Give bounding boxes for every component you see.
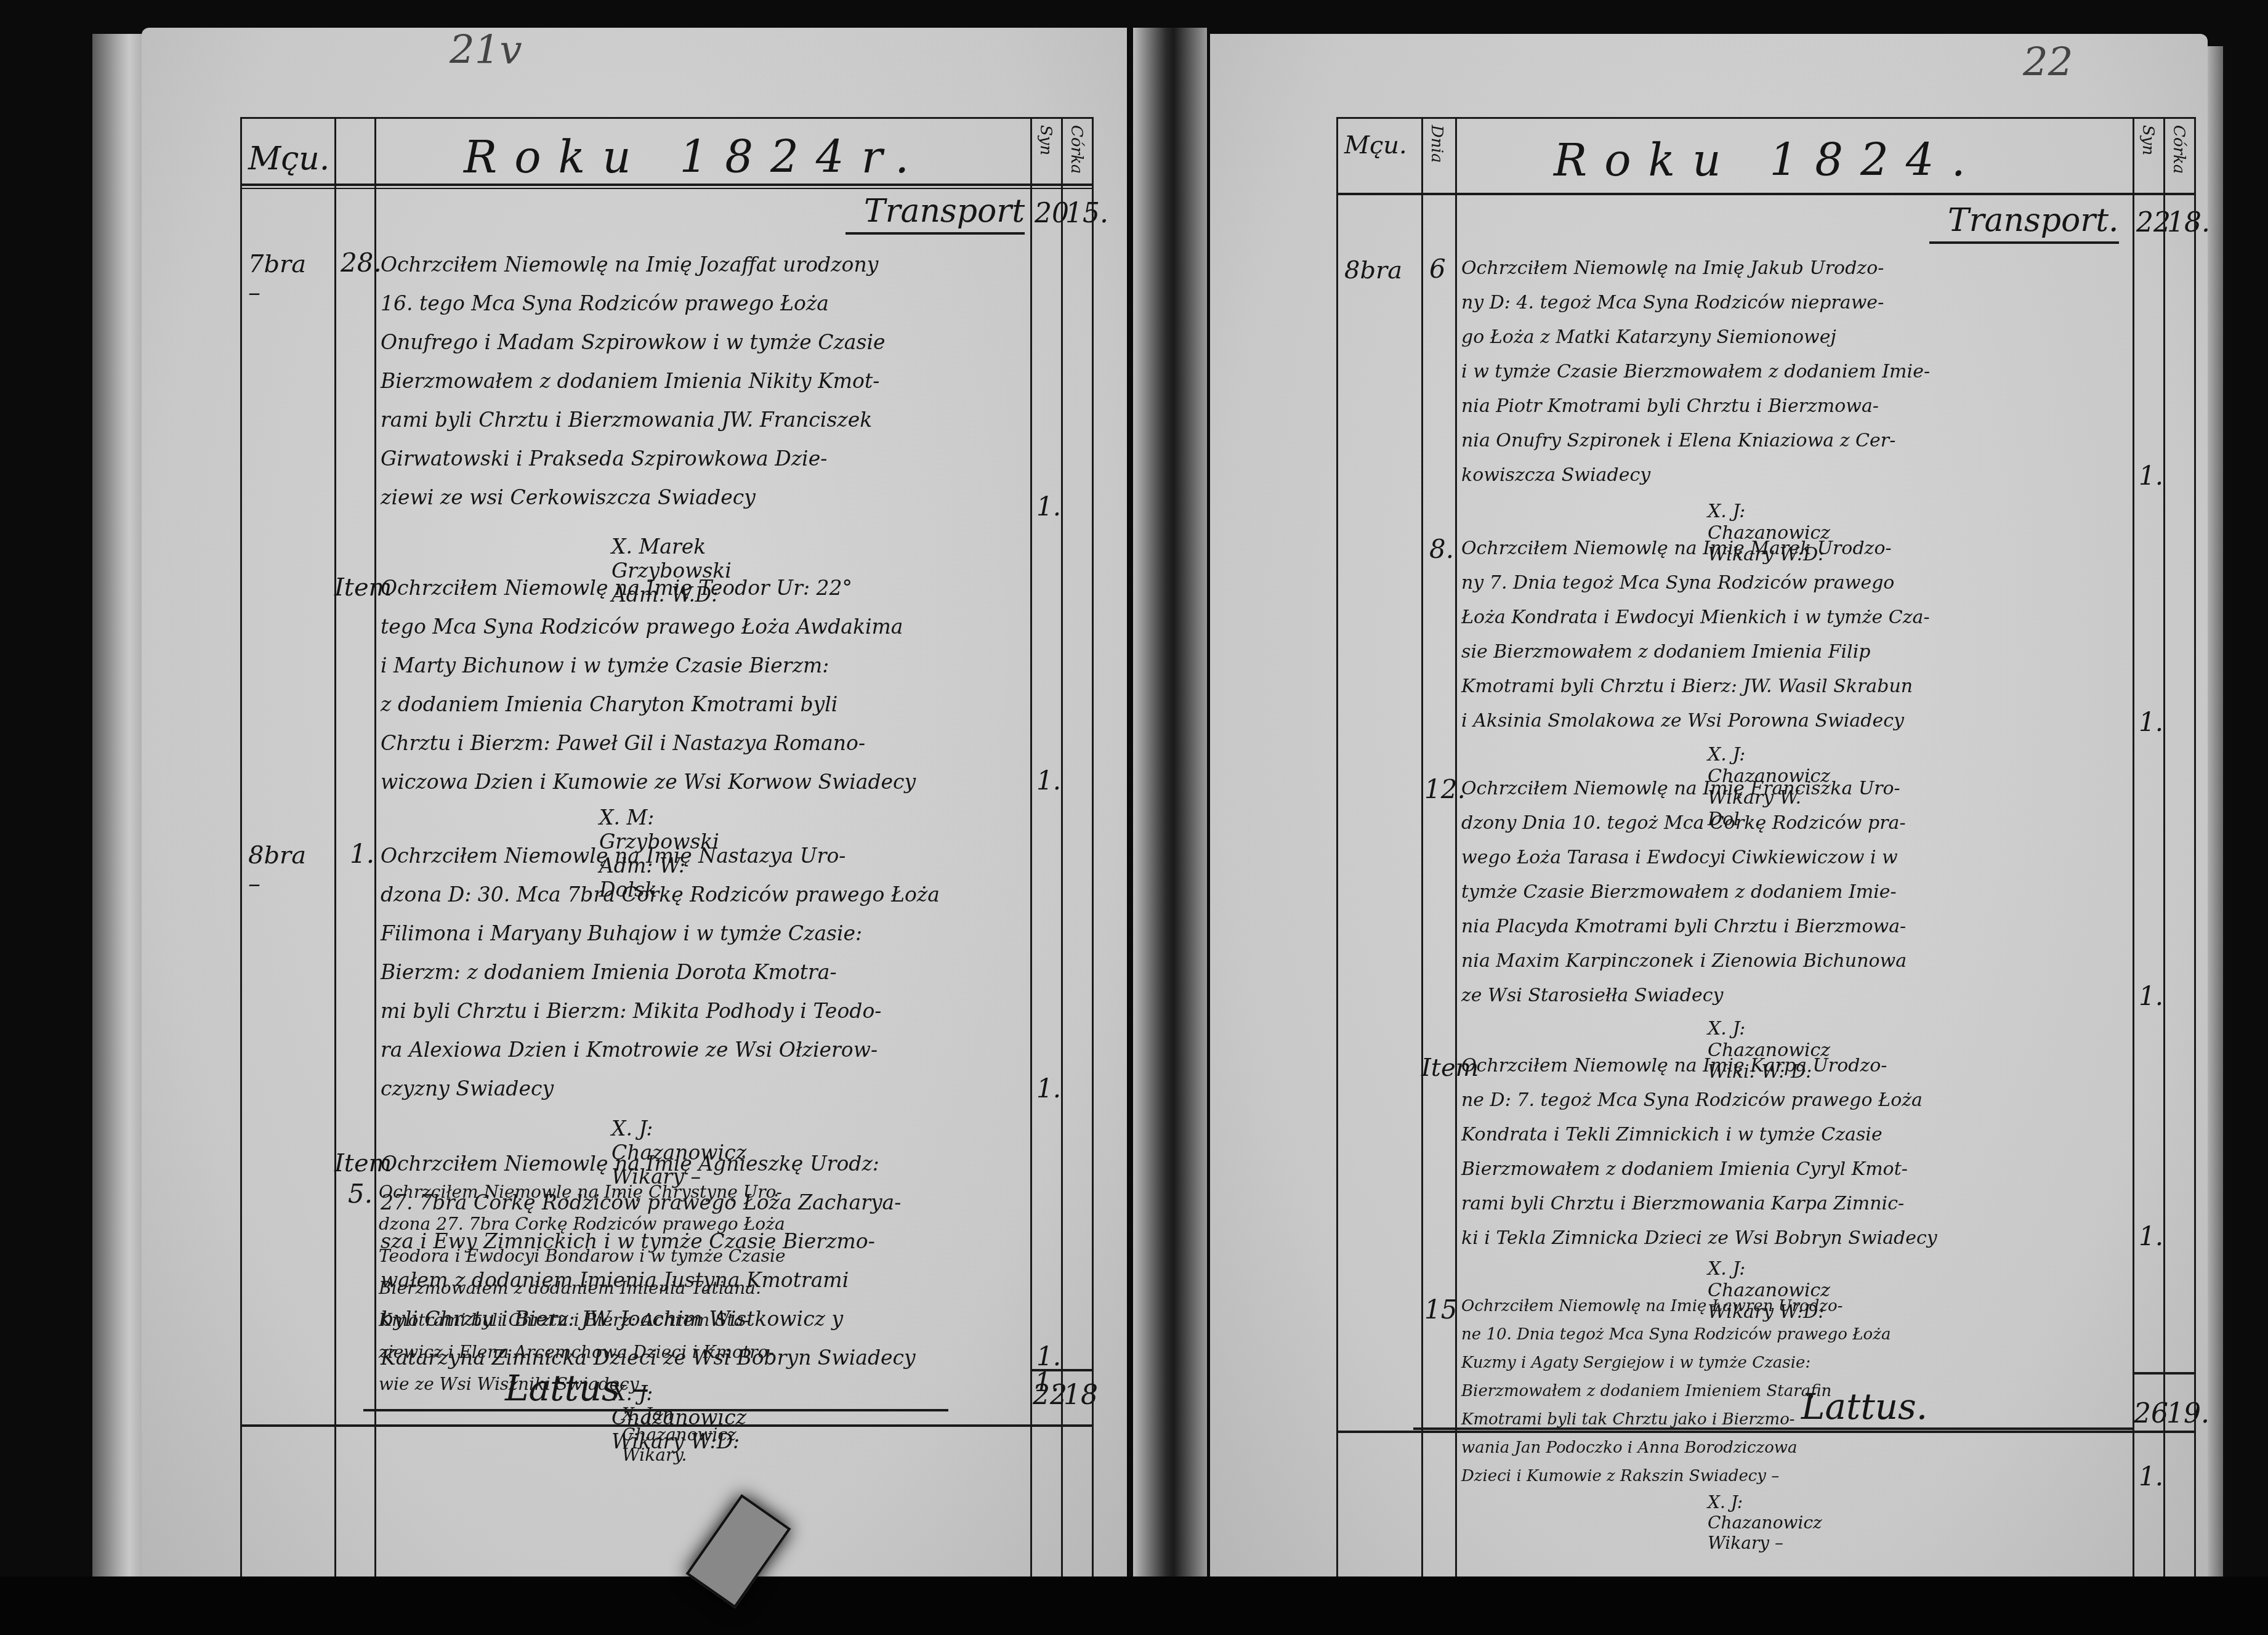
column-header-daughters: Córka bbox=[1067, 125, 1086, 174]
scan-background-bottom bbox=[0, 1576, 2268, 1635]
transport-count-sons: 20 bbox=[1035, 198, 1069, 229]
entry-count: 1. bbox=[1036, 765, 1061, 796]
page-title-year: Roku 1824r. bbox=[464, 131, 926, 183]
entry-day: 15 bbox=[1424, 1294, 1457, 1325]
entry-day: 8. bbox=[1429, 534, 1454, 564]
entry-signature: X. J: Chazanowicz Wikary – bbox=[1708, 1492, 1822, 1553]
folio-number-left: 21v bbox=[450, 28, 522, 73]
page-title-year: Roku 1824. bbox=[1554, 134, 1983, 186]
entry-day: 28. bbox=[341, 248, 382, 278]
page-total-sons: 22 bbox=[1033, 1379, 1067, 1411]
entry-text: Ochrzciłem Niemowlę na Imię Marek Urodzo… bbox=[1461, 531, 2129, 738]
entry-signature: X. Jan Chazanowicz Wikary. bbox=[622, 1404, 736, 1465]
entry-text: Ochrzciłem Niemowlę na Imię Jozaffat uro… bbox=[381, 245, 1027, 517]
entry-text: Ochrzciłem Niemowlę na Imię Franciszka U… bbox=[1461, 772, 2129, 1013]
folio-number-right: 22 bbox=[2023, 40, 2073, 86]
column-header-sons: Syn bbox=[2139, 125, 2157, 155]
column-header-daughters: Córka bbox=[2169, 125, 2188, 174]
page-total-label: Lattus. bbox=[1413, 1386, 2134, 1430]
entry-month: 7bra – bbox=[248, 250, 306, 307]
entry-count: 1. bbox=[2139, 707, 2163, 737]
page-total-daughters: 19. bbox=[2166, 1398, 2209, 1429]
page-total-label: Lattus – bbox=[363, 1367, 948, 1411]
transport-label: Transport bbox=[845, 193, 1025, 235]
entry-count: 1. bbox=[1036, 1073, 1061, 1104]
entry-text: Ochrzciłem Niemowlę na Imię Jakub Urodzo… bbox=[1461, 251, 2129, 493]
transport-count-sons: 22 bbox=[2136, 207, 2171, 238]
entry-day: 6 bbox=[1429, 254, 1446, 284]
entry-month: 8bra – bbox=[248, 841, 306, 898]
book-gutter bbox=[1133, 28, 1207, 1617]
left-page: 21v Mc̨u. Roku 1824r. Syn Córka Transpor… bbox=[142, 28, 1127, 1604]
entry-month: 8bra bbox=[1344, 256, 1402, 285]
column-header-month: Mc̨u. bbox=[1344, 131, 1407, 159]
entry-day: 1. bbox=[350, 839, 374, 869]
entry-count: 1. bbox=[2139, 1221, 2163, 1251]
entry-text: Ochrzciłem Niemowlę na Imię Nastazya Uro… bbox=[381, 836, 1027, 1108]
transport-count-daughters: 18. bbox=[2167, 207, 2210, 238]
transport-label: Transport. bbox=[1929, 202, 2119, 244]
entry-text: Ochrzciłem Niemowlę na Imię Teodor Ur: 2… bbox=[381, 568, 1027, 801]
transport-count-daughters: 15. bbox=[1065, 198, 1108, 229]
page-total-sons: 26 bbox=[2134, 1398, 2168, 1429]
column-header-month: Mc̨u. bbox=[248, 140, 329, 177]
open-register-book: 21v Mc̨u. Roku 1824r. Syn Córka Transpor… bbox=[92, 28, 2223, 1617]
book-right-edge bbox=[2208, 46, 2223, 1598]
entry-count: 1. bbox=[1036, 491, 1061, 522]
entry-day: 5. bbox=[348, 1179, 373, 1209]
right-page: 22 Mc̨u. Dnia Roku 1824. Syn Córka Trans… bbox=[1210, 34, 2208, 1610]
entry-count: 1. bbox=[2139, 1461, 2163, 1492]
entry-count: 1. bbox=[2139, 981, 2163, 1011]
page-total-daughters: 18 bbox=[1063, 1379, 1098, 1411]
column-header-sons: Syn bbox=[1036, 125, 1055, 155]
entry-count: 1. bbox=[2139, 461, 2163, 491]
column-header-day: Dnia bbox=[1427, 125, 1446, 163]
entry-day: 12. bbox=[1424, 774, 1466, 804]
entry-text: Ochrzciłem Niemowlę na Imię Karpa Urodzo… bbox=[1461, 1049, 2129, 1256]
